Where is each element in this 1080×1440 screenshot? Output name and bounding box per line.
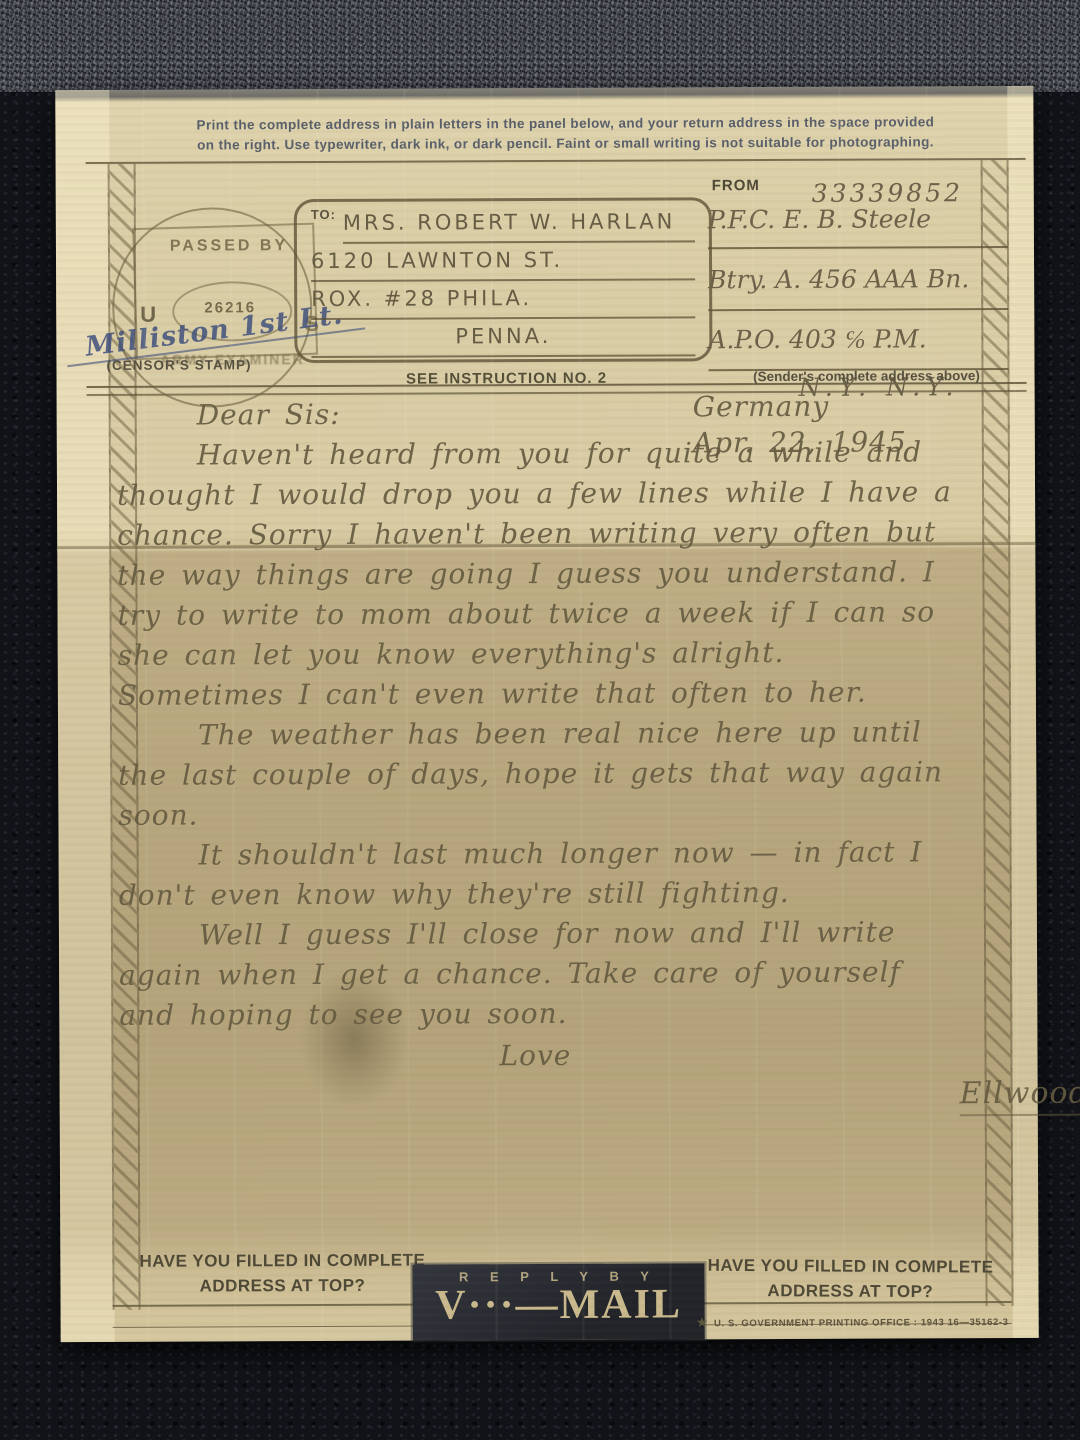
to-address-line: 6120 LAWNTON ST. xyxy=(311,242,695,282)
star-icon: ★ xyxy=(697,1315,708,1329)
from-address-line: P.F.C. E. B. Steele xyxy=(708,204,1008,249)
address-question-left: HAVE YOU FILLED IN COMPLETE ADDRESS AT T… xyxy=(112,1248,452,1299)
header-rule xyxy=(86,158,1026,164)
gpo-text: U. S. GOVERNMENT PRINTING OFFICE : 1943 … xyxy=(714,1317,1009,1329)
gpo-print-line: ★U. S. GOVERNMENT PRINTING OFFICE : 1943… xyxy=(697,1314,1017,1329)
letter-date: Apr. 22, 1945 xyxy=(693,424,907,461)
letter-paragraph: Well I guess I'll close for now and I'll… xyxy=(119,912,960,1036)
header-instructions: Print the complete address in plain lett… xyxy=(165,112,965,156)
letter-place-date: Germany Apr. 22, 1945 xyxy=(693,388,907,461)
letter-closing: Love xyxy=(499,1034,959,1076)
to-label: TO: xyxy=(311,207,336,222)
to-address-line: MRS. ROBERT W. HARLAN xyxy=(343,204,695,244)
instructions-line-1: Print the complete address in plain lett… xyxy=(197,114,935,132)
letter-paragraph: The weather has been real nice here up u… xyxy=(118,712,959,836)
censor-stamp-label: (CENSOR'S STAMP) xyxy=(106,357,251,373)
to-address-panel: TO: MRS. ROBERT W. HARLAN 6120 LAWNTON S… xyxy=(294,197,713,363)
vmail-wordmark: V···—MAIL xyxy=(412,1281,704,1328)
letter-signature: Ellwood xyxy=(960,1074,1080,1117)
letter-place: Germany xyxy=(693,388,907,425)
letter-paragraph: It shouldn't last much longer now — in f… xyxy=(119,832,959,916)
letter-paragraph: Haven't heard from you for quite a while… xyxy=(117,432,958,716)
to-address-line: PENNA. xyxy=(311,318,695,358)
sender-address-label: (Sender's complete address above) xyxy=(716,368,1016,384)
from-address-line: Btry. A. 456 AAA Bn. xyxy=(708,264,1008,311)
reply-by-text: R E P L Y B Y xyxy=(412,1268,704,1284)
background-texture-top xyxy=(0,0,1080,92)
vmail-form-sheet: Print the complete address in plain lett… xyxy=(55,86,1038,1342)
letter-signature-wrap: Ellwood xyxy=(540,1074,960,1118)
from-label: FROM xyxy=(712,177,760,194)
photo-of-vmail-letter: Print the complete address in plain lett… xyxy=(0,0,1080,1440)
letter-body: Germany Apr. 22, 1945 Dear Sis: Haven't … xyxy=(117,392,960,1120)
see-instruction-label: SEE INSTRUCTION NO. 2 xyxy=(357,370,657,388)
from-address-line: A.P.O. 403 ℅ P.M. xyxy=(708,324,1008,371)
address-question-right: HAVE YOU FILLED IN COMPLETE ADDRESS AT T… xyxy=(680,1254,1020,1305)
instructions-line-2: on the right. Use typewriter, dark ink, … xyxy=(197,135,934,153)
censor-passed-by-text: PASSED BY xyxy=(154,237,304,256)
vmail-logo-box: R E P L Y B Y V···—MAIL xyxy=(412,1263,704,1340)
to-address-line: ROX. #28 PHILA. xyxy=(311,280,695,320)
